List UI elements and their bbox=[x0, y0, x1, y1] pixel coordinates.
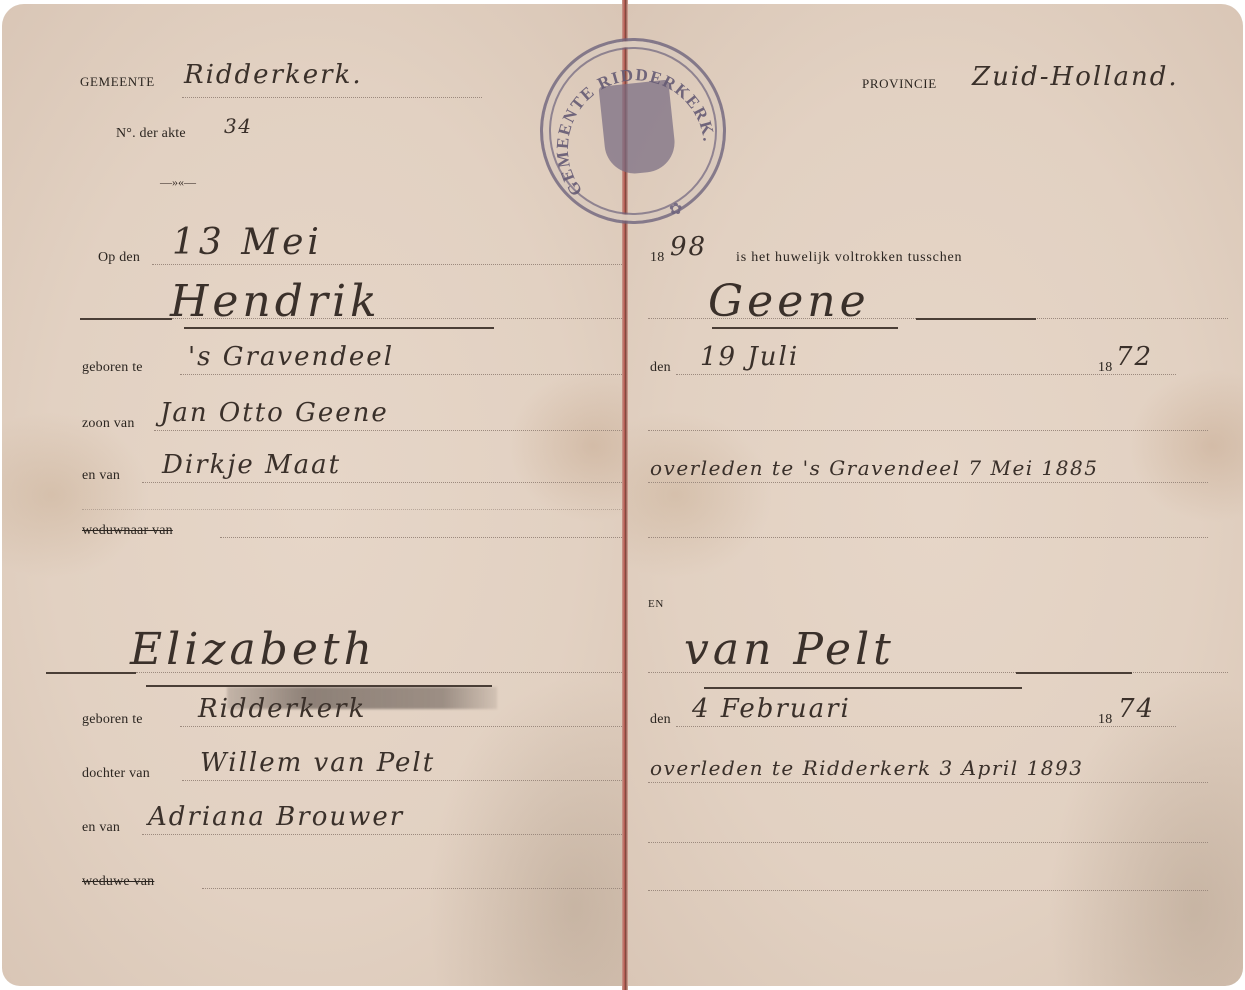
groom-mother-death-note: overleden te 's Gravendeel 7 Mei 1885 bbox=[650, 456, 1098, 480]
blank-line bbox=[82, 509, 622, 510]
groom-born-date-label: den bbox=[650, 360, 671, 376]
groom-father: Jan Otto Geene bbox=[160, 398, 389, 428]
provincie-value: Zuid-Holland. bbox=[972, 62, 1179, 92]
provincie-label: PROVINCIE bbox=[862, 76, 937, 92]
groom-name-lead-rule bbox=[80, 318, 172, 320]
groom-mother-line bbox=[142, 482, 622, 483]
bride-father-death-note: overleden te Ridderkerk 3 April 1893 bbox=[650, 756, 1083, 780]
bride-father: Willem van Pelt bbox=[200, 748, 435, 778]
bride-mother-line bbox=[142, 834, 622, 835]
bride-name-lead-rule bbox=[46, 672, 136, 674]
groom-first-name: Hendrik bbox=[170, 276, 381, 327]
groom-widower-label: weduwnaar van bbox=[82, 523, 173, 539]
bride-born-date: 4 Februari bbox=[692, 694, 851, 724]
bride-widow-line-right bbox=[648, 890, 1208, 891]
bride-born-label: geboren te bbox=[82, 712, 143, 728]
groom-extra-line bbox=[648, 430, 1208, 431]
groom-surname: Geene bbox=[708, 276, 870, 327]
marriage-date-line bbox=[152, 264, 622, 265]
bride-born-place: Ridderkerk bbox=[198, 694, 366, 724]
groom-born-date: 19 Juli bbox=[700, 342, 799, 372]
groom-name-underline bbox=[184, 327, 494, 329]
marriage-date-value: 13 Mei bbox=[172, 222, 323, 263]
groom-widower-line bbox=[220, 537, 622, 538]
gemeente-value: Ridderkerk. bbox=[184, 60, 363, 90]
groom-born-label: geboren te bbox=[82, 360, 143, 376]
en-connector: EN bbox=[648, 598, 664, 610]
groom-surname-trail-rule bbox=[916, 318, 1036, 320]
groom-name-line bbox=[172, 318, 622, 319]
ornament-divider: —»«— bbox=[160, 175, 196, 190]
groom-born-date-line bbox=[676, 374, 1176, 375]
bride-name-line bbox=[136, 672, 622, 673]
groom-born-line bbox=[180, 374, 622, 375]
groom-note-line bbox=[648, 482, 1208, 483]
groom-born-place: 's Gravendeel bbox=[188, 342, 394, 372]
bride-surname: van Pelt bbox=[684, 624, 895, 675]
akte-value: 34 bbox=[224, 114, 252, 138]
stamp-text-ring: GEMEENTE RIDDERKERK. bbox=[543, 41, 729, 227]
groom-father-line bbox=[154, 430, 622, 431]
gemeente-line bbox=[182, 97, 482, 98]
bride-father-label: dochter van bbox=[82, 766, 150, 782]
bride-born-year: 74 bbox=[1118, 694, 1155, 724]
bride-surname-trail-rule bbox=[1016, 672, 1132, 674]
groom-father-label: zoon van bbox=[82, 416, 135, 432]
gemeente-label: GEMEENTE bbox=[80, 74, 155, 90]
marriage-year-value: 98 bbox=[670, 232, 707, 262]
svg-text:GEMEENTE RIDDERKERK.: GEMEENTE RIDDERKERK. bbox=[553, 65, 719, 199]
bride-widow-line bbox=[202, 888, 622, 889]
bride-mother-label: en van bbox=[82, 820, 120, 836]
groom-mother: Dirkje Maat bbox=[162, 450, 341, 480]
bride-born-date-line bbox=[676, 726, 1176, 727]
bride-widow-label: weduwe van bbox=[82, 874, 154, 890]
left-page: GEMEENTE Ridderkerk. N°. der akte 34 —»«… bbox=[2, 4, 624, 986]
bride-surname-line bbox=[648, 672, 1228, 673]
bride-first-name: Elizabeth bbox=[130, 624, 376, 675]
groom-widower-line-right bbox=[648, 537, 1208, 538]
marriage-booklet: GEMEENTE Ridderkerk. N°. der akte 34 —»«… bbox=[0, 0, 1245, 990]
bride-extra-line bbox=[648, 842, 1208, 843]
groom-mother-label: en van bbox=[82, 468, 120, 484]
akte-label: N°. der akte bbox=[116, 126, 186, 142]
bride-mother: Adriana Brouwer bbox=[148, 802, 404, 832]
marriage-date-label: Op den bbox=[98, 250, 140, 266]
stamp-flower-icon: ✿ bbox=[669, 199, 682, 219]
bride-surname-underline bbox=[704, 687, 1022, 689]
marriage-sentence: is het huwelijk voltrokken tusschen bbox=[736, 250, 962, 266]
groom-born-year: 72 bbox=[1116, 342, 1153, 372]
municipal-stamp: GEMEENTE RIDDERKERK. ✿ bbox=[540, 38, 726, 224]
bride-born-line bbox=[180, 726, 622, 727]
groom-surname-underline bbox=[712, 327, 898, 329]
bride-born-date-label: den bbox=[650, 712, 671, 728]
marriage-year-prefix: 18 bbox=[650, 250, 664, 266]
bride-father-line bbox=[182, 780, 622, 781]
bride-note-line bbox=[648, 782, 1208, 783]
